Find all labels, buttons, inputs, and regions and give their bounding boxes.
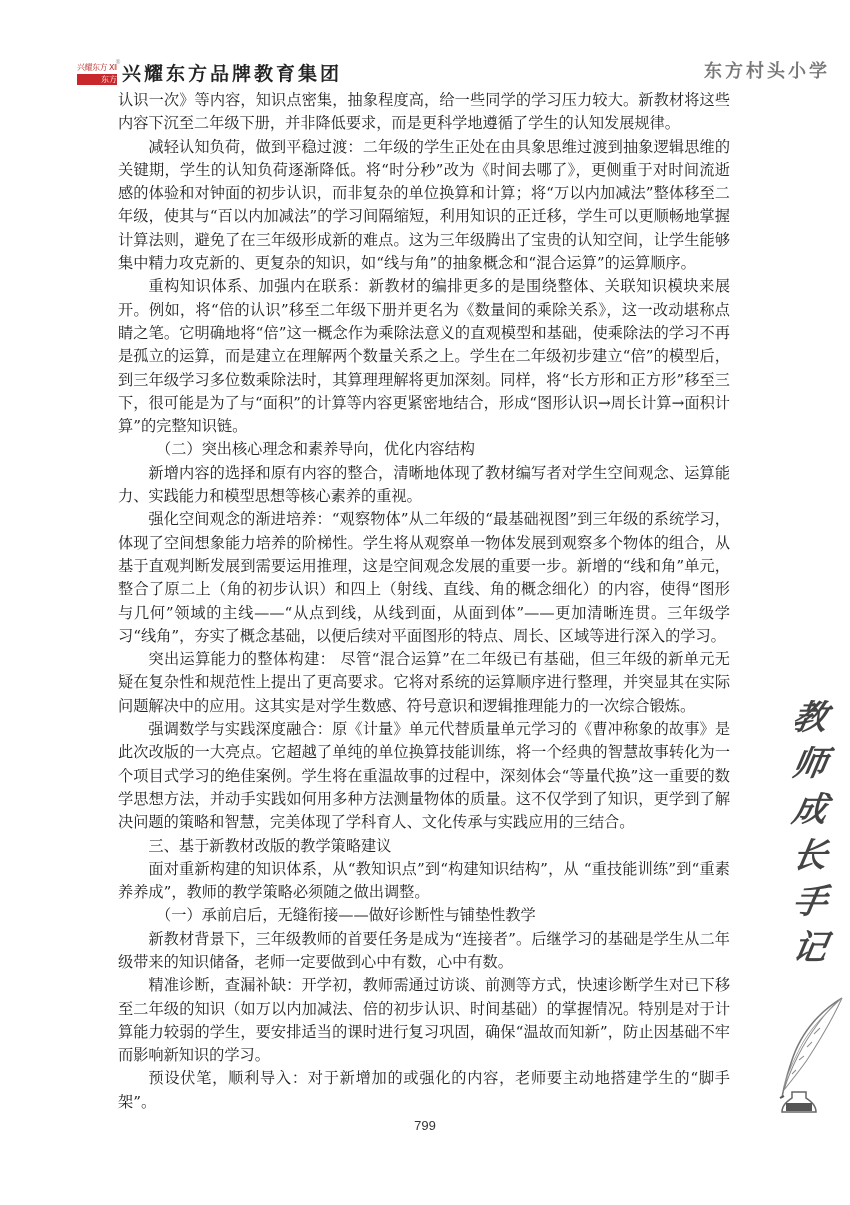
quill-inkwell-icon — [762, 990, 850, 1115]
logo-top-text: 兴耀东方 XINGYAO — [77, 63, 117, 73]
document-body: 认识一次》等内容，知识点密集，抽象程度高，给一些同学的学习压力较大。新教材将这些… — [118, 89, 730, 1114]
calligraphy-char: 教 — [776, 695, 844, 741]
organization-name: 兴耀东方品牌教育集团 — [122, 62, 342, 86]
page-number: 799 — [0, 1118, 850, 1133]
school-name: 东方村头小学 — [704, 60, 830, 84]
side-calligraphy: 教 师 成 长 手 记 — [780, 695, 840, 971]
paragraph: 新教材背景下，三年级教师的首要任务是成为“连接者”。后继学习的基础是学生从二年级… — [118, 928, 730, 975]
calligraphy-char: 记 — [776, 925, 844, 971]
brand-logo: 兴耀东方 XINGYAO 东方 ® — [77, 63, 117, 85]
calligraphy-char: 师 — [776, 741, 844, 787]
paragraph: 强化空间观念的渐进培养：“观察物体”从二年级的“最基础视图”到三年级的系统学习，… — [118, 508, 730, 648]
section-heading: 三、基于新教材改版的教学策略建议 — [118, 835, 730, 858]
paragraph: 精准诊断，查漏补缺：开学初，教师需通过访谈、前测等方式，快速诊断学生对已下移至二… — [118, 974, 730, 1067]
section-heading: （二）突出核心理念和素养导向，优化内容结构 — [118, 438, 730, 461]
paragraph: 突出运算能力的整体构建： 尽管“混合运算”在二年级已有基础，但三年级的新单元无疑… — [118, 648, 730, 718]
paragraph: 强调数学与实践深度融合：原《计量》单元代替质量单元学习的《曹冲称象的故事》是此次… — [118, 718, 730, 834]
calligraphy-char: 长 — [776, 833, 844, 879]
paragraph: 认识一次》等内容，知识点密集，抽象程度高，给一些同学的学习压力较大。新教材将这些… — [118, 89, 730, 136]
registered-mark: ® — [115, 59, 121, 66]
logo-bottom-text: 东方 — [77, 74, 117, 85]
section-heading: （一）承前启后，无缝衔接——做好诊断性与铺垫性教学 — [118, 904, 730, 927]
paragraph: 减轻认知负荷，做到平稳过渡：二年级的学生正处在由具象思维过渡到抽象逻辑思维的关键… — [118, 136, 730, 276]
paragraph: 重构知识体系、加强内在联系：新教材的编排更多的是围绕整体、关联知识模块来展开。例… — [118, 275, 730, 438]
calligraphy-char: 成 — [776, 787, 844, 833]
paragraph: 面对重新构建的知识体系，从“教知识点”到“构建知识结构”，从 “重技能训练”到“… — [118, 858, 730, 905]
page-header: 兴耀东方 XINGYAO 东方 ® 兴耀东方品牌教育集团 东方村头小学 — [0, 0, 850, 90]
calligraphy-char: 手 — [776, 879, 844, 925]
paragraph: 预设伏笔，顺利导入：对于新增加的或强化的内容，老师要主动地搭建学生的“脚手架”。 — [118, 1067, 730, 1114]
paragraph: 新增内容的选择和原有内容的整合，清晰地体现了教材编写者对学生空间观念、运算能力、… — [118, 462, 730, 509]
